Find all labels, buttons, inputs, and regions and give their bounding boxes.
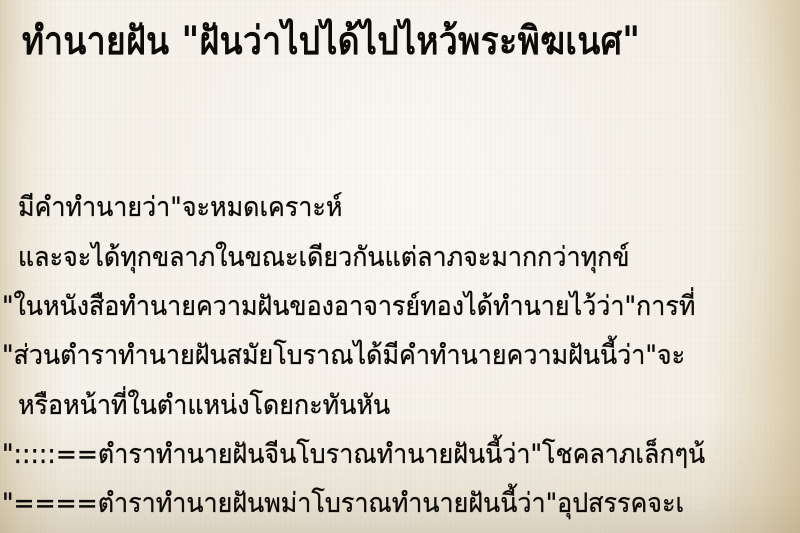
text-line-6: ":::::==ตำราทำนายฝันจีนโบราณทำนายฝันนี้ว… xyxy=(2,435,705,475)
text-line-4: "ส่วนตำราทำนายฝันสมัยโบราณได้มีคำทำนายคว… xyxy=(2,336,685,376)
text-line-7: "====ตำราทำนายฝันพม่าโบราณทำนายฝันนี้ว่า… xyxy=(2,484,684,524)
text-line-2: และจะได้ทุกขลาภในขณะเดียวกันแต่ลาภจะมากก… xyxy=(18,238,630,278)
article-title: ทำนายฝัน "ฝันว่าไปได้ไปไหว้พระพิฆเนศ" xyxy=(22,12,640,72)
dream-interpretation-article: ทำนายฝัน "ฝันว่าไปได้ไปไหว้พระพิฆเนศ" มี… xyxy=(0,0,800,533)
text-line-1: มีคำทำนายว่า"จะหมดเคราะห์ xyxy=(18,188,342,228)
text-line-3: "ในหนังสือทำนายความฝันของอาจารย์ทองได้ทำ… xyxy=(2,287,695,327)
text-line-5: หรือหน้าที่ในตำแหน่งโดยกะทันหัน xyxy=(18,386,390,426)
